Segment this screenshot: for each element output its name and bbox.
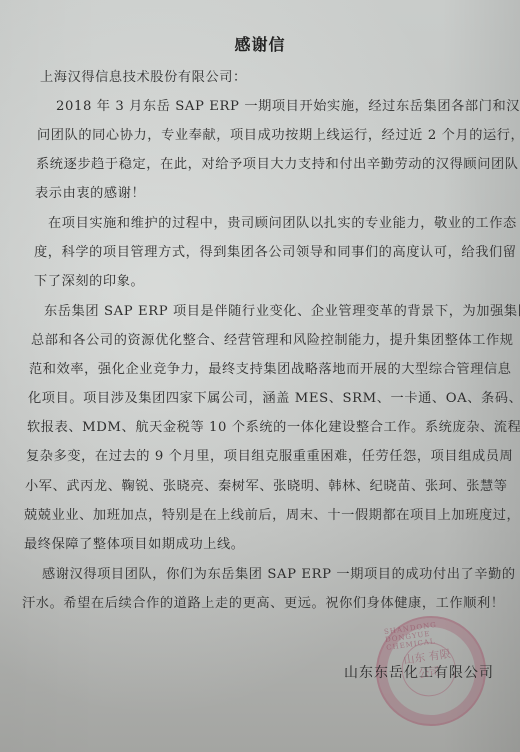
- paragraph-line: 东岳集团 SAP ERP 项目是伴随行业变化、企业管理变革的背景下，为加强集团: [44, 300, 520, 319]
- paragraph-line: 系统逐步趋于稳定，在此，对给予项目大力支持和付出辛勤劳动的汉得顾问团队: [36, 153, 519, 172]
- paragraph-line: 在项目实施和维护的过程中，贵司顾问团队以扎实的专业能力，敬业的工作态: [48, 212, 517, 231]
- paragraph-line: 感谢汉得项目团队，你们为东岳集团 SAP ERP 一期项目的成功付出了辛勤的: [42, 563, 516, 582]
- paragraph-line: 最终保障了整体项目如期成功上线。: [24, 533, 245, 552]
- signature: 山东东岳化工有限公司: [344, 662, 494, 682]
- paragraph-line: 2018 年 3 月东岳 SAP ERP 一期项目开始实施，经过东岳集团各部门和…: [56, 95, 520, 114]
- paragraph-line: 度，科学的项目管理方式，得到集团各公司领导和同事们的高度认可，给我们留: [34, 241, 517, 260]
- paragraph-line: 下了深刻的印象。: [34, 270, 144, 289]
- paragraph-line: 总部和各公司的资源优化整合、经营管理和风险控制能力，提升集团整体工作规: [31, 329, 514, 348]
- letter-page: 感谢信 上海汉得信息技术股份有限公司： 2018 年 3 月东岳 SAP ERP…: [0, 0, 520, 752]
- paragraph-line: 表示由衷的感谢！: [35, 182, 145, 201]
- paragraph-line: 范和效率，强化企业竞争力，最终支持集团战略落地而开展的大型综合管理信息: [29, 358, 512, 377]
- salutation: 上海汉得信息技术股份有限公司：: [40, 66, 247, 85]
- paragraph-line: 化项目。项目涉及集团四家下属公司，涵盖 MES、SRM、一卡通、OA、条码、帆: [28, 387, 520, 406]
- letter-title: 感谢信: [0, 32, 520, 55]
- paragraph-line: 问团队的同心协力，专业奉献，项目成功按期上线运行，经过近 2 个月的运行，: [37, 124, 520, 143]
- paragraph-line: 汗水。希望在后续合作的道路上走的更高、更远。祝你们身体健康，工作顺利！: [22, 592, 505, 611]
- paragraph-line: 小军、武丙龙、鞠锐、张晓亮、秦树军、张晓明、韩林、纪晓苗、张珂、张慧等: [25, 475, 508, 494]
- paragraph-line: 兢兢业业、加班加点，特别是在上线前后，周末、十一假期都在项目上加班度过，: [24, 504, 520, 523]
- paragraph-line: 复杂多变，在过去的 9 个月里，项目组克服重重困难，任劳任怨，项目组成员周: [26, 445, 513, 464]
- paragraph-line: 软报表、MDM、航天金税等 10 个系统的一体化建设整合工作。系统庞杂、流程: [27, 416, 520, 435]
